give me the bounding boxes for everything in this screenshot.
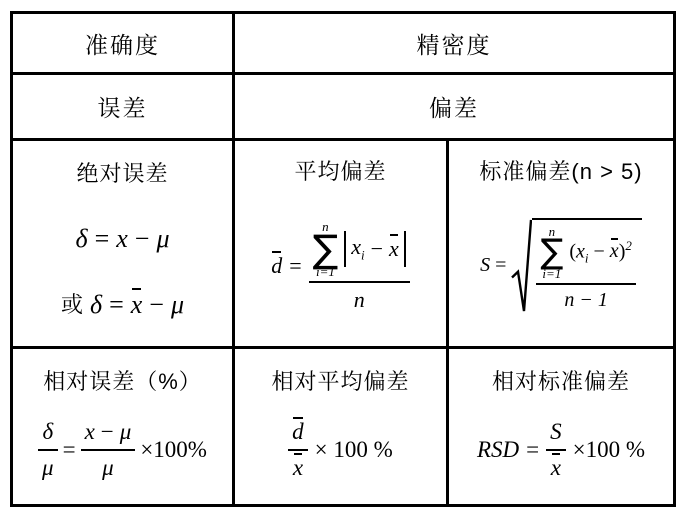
header-precision-cell: 精密度 <box>235 14 673 72</box>
x-variable: x <box>576 240 585 262</box>
squared-difference-group: (xi − x)2 <box>569 239 632 267</box>
cell-relative-standard-deviation: 相对标准偏差 RSD = S x ×100 % <box>449 349 673 504</box>
fraction: δ μ <box>38 419 58 481</box>
denominator: n − 1 <box>536 283 635 312</box>
cell-relative-error: 相对误差（%） δ μ = x − μ μ ×100% <box>13 349 232 504</box>
relative-standard-deviation-title: 相对标准偏差 <box>492 365 630 396</box>
mu-symbol: μ <box>42 455 54 481</box>
fraction: n ∑ i=1 (xi − x)2 n − 1 <box>536 225 635 312</box>
cell-mean-deviation: 平均偏差 d = n ∑ i=1 xi − x <box>235 141 446 346</box>
delta-symbol: δ <box>75 224 87 254</box>
summation-operator: n ∑ i=1 <box>540 225 563 280</box>
denominator: μ <box>81 449 136 481</box>
equals-sign: = <box>63 437 76 463</box>
error-label: 误差 <box>98 90 148 123</box>
numerator: n ∑ i=1 (xi − x)2 <box>536 225 635 283</box>
minus-sign: − <box>371 236 383 261</box>
minus-sign: − <box>594 240 605 262</box>
x-bar-variable: x <box>131 290 143 320</box>
standard-deviation-title: 标准偏差(n > 5) <box>479 155 642 186</box>
comparison-table: 准确度 精密度 误差 偏差 绝对误差 δ = x − μ 或 δ = x − μ… <box>10 11 676 507</box>
equals-sign: = <box>95 224 110 254</box>
relative-mean-deviation-title: 相对平均偏差 <box>271 365 409 396</box>
S-variable: S <box>480 254 490 277</box>
denominator: n <box>309 281 410 312</box>
numerator: d <box>288 419 308 448</box>
denominator: μ <box>38 449 58 481</box>
relative-standard-deviation-formula: RSD = S x ×100 % <box>477 419 645 481</box>
mu-symbol: μ <box>171 290 184 320</box>
x-variable: x <box>116 224 128 254</box>
header-accuracy-cell: 准确度 <box>13 14 232 72</box>
numerator: δ <box>38 419 58 448</box>
relative-mean-deviation-formula: d x × 100 % <box>288 419 393 481</box>
times-100-percent: × 100 % <box>315 437 393 463</box>
cell-absolute-error: 绝对误差 δ = x − μ 或 δ = x − μ <box>13 141 232 346</box>
times-100-percent: ×100% <box>140 437 207 463</box>
absolute-value-group: xi − x <box>344 231 406 266</box>
summation-operator: n ∑ i=1 <box>313 220 339 278</box>
numerator: n ∑ i=1 xi − x <box>309 220 410 281</box>
mu-symbol: μ <box>156 224 169 254</box>
exponent-2: 2 <box>625 238 632 253</box>
minus-sign: − <box>135 224 150 254</box>
numerator: S <box>546 419 566 448</box>
cell-standard-deviation: 标准偏差(n > 5) S = n ∑ <box>449 141 673 346</box>
n-minus-1-expression: n − 1 <box>564 289 608 312</box>
denominator: x <box>288 449 308 481</box>
deviation-label: 偏差 <box>429 90 479 123</box>
sqrt-radical-icon <box>511 218 532 314</box>
cell-relative-mean-deviation: 相对平均偏差 d x × 100 % <box>235 349 446 504</box>
equals-sign: = <box>526 437 539 463</box>
x-sub-i-variable: xi <box>351 234 364 263</box>
relative-error-formula: δ μ = x − μ μ ×100% <box>38 419 207 481</box>
minus-sign: − <box>149 290 164 320</box>
absolute-error-formula-2: 或 δ = x − μ <box>61 290 184 320</box>
equals-sign: = <box>289 253 301 278</box>
fraction: S x <box>546 419 566 481</box>
n-variable: n <box>354 287 365 312</box>
equals-sign: = <box>495 254 506 277</box>
sum-lower-limit: i=1 <box>542 267 561 280</box>
absolute-error-title: 绝对误差 <box>76 157 168 188</box>
relative-error-title: 相对误差（%） <box>43 365 202 396</box>
accuracy-label: 准确度 <box>85 27 160 60</box>
x-bar-variable: x <box>293 455 303 481</box>
denominator: x <box>546 449 566 481</box>
sigma-symbol: ∑ <box>540 238 563 267</box>
fraction: x − μ μ <box>81 419 136 481</box>
delta-symbol: δ <box>90 290 102 320</box>
mu-symbol: μ <box>120 419 132 445</box>
S-variable: S <box>550 419 562 445</box>
header-error-cell: 误差 <box>13 75 232 138</box>
radicand: n ∑ i=1 (xi − x)2 n − 1 <box>532 218 641 314</box>
d-bar-variable: d <box>292 419 304 445</box>
left-paren: ( <box>569 240 576 262</box>
precision-label: 精密度 <box>417 27 492 60</box>
numerator: x − μ <box>81 419 136 448</box>
delta-symbol: δ <box>42 419 53 445</box>
mean-deviation-formula: d = n ∑ i=1 xi − x <box>271 220 410 313</box>
x-bar-variable: x <box>551 455 561 481</box>
square-root-group: n ∑ i=1 (xi − x)2 n − 1 <box>511 218 641 314</box>
mu-symbol: μ <box>102 455 114 481</box>
RSD-variable: RSD <box>477 437 519 463</box>
fraction: n ∑ i=1 xi − x n <box>309 220 410 313</box>
header-deviation-cell: 偏差 <box>235 75 673 138</box>
fraction: d x <box>288 419 308 481</box>
absolute-error-formula-1: δ = x − μ <box>75 224 169 254</box>
times-100-percent: ×100 % <box>573 437 645 463</box>
equals-sign: = <box>109 290 124 320</box>
d-bar-variable: d <box>271 253 282 278</box>
minus-sign: − <box>101 419 114 445</box>
or-label: 或 <box>61 292 83 317</box>
standard-deviation-formula: S = n ∑ i=1 <box>480 218 642 314</box>
x-bar-variable: x <box>610 240 619 263</box>
i-subscript: i <box>585 250 589 265</box>
i-subscript: i <box>361 248 365 263</box>
sum-lower-limit: i=1 <box>316 265 335 278</box>
mean-deviation-title: 平均偏差 <box>294 155 386 186</box>
x-variable: x <box>351 234 361 259</box>
x-variable: x <box>85 419 95 445</box>
sigma-symbol: ∑ <box>313 233 339 265</box>
x-bar-variable: x <box>389 236 399 261</box>
